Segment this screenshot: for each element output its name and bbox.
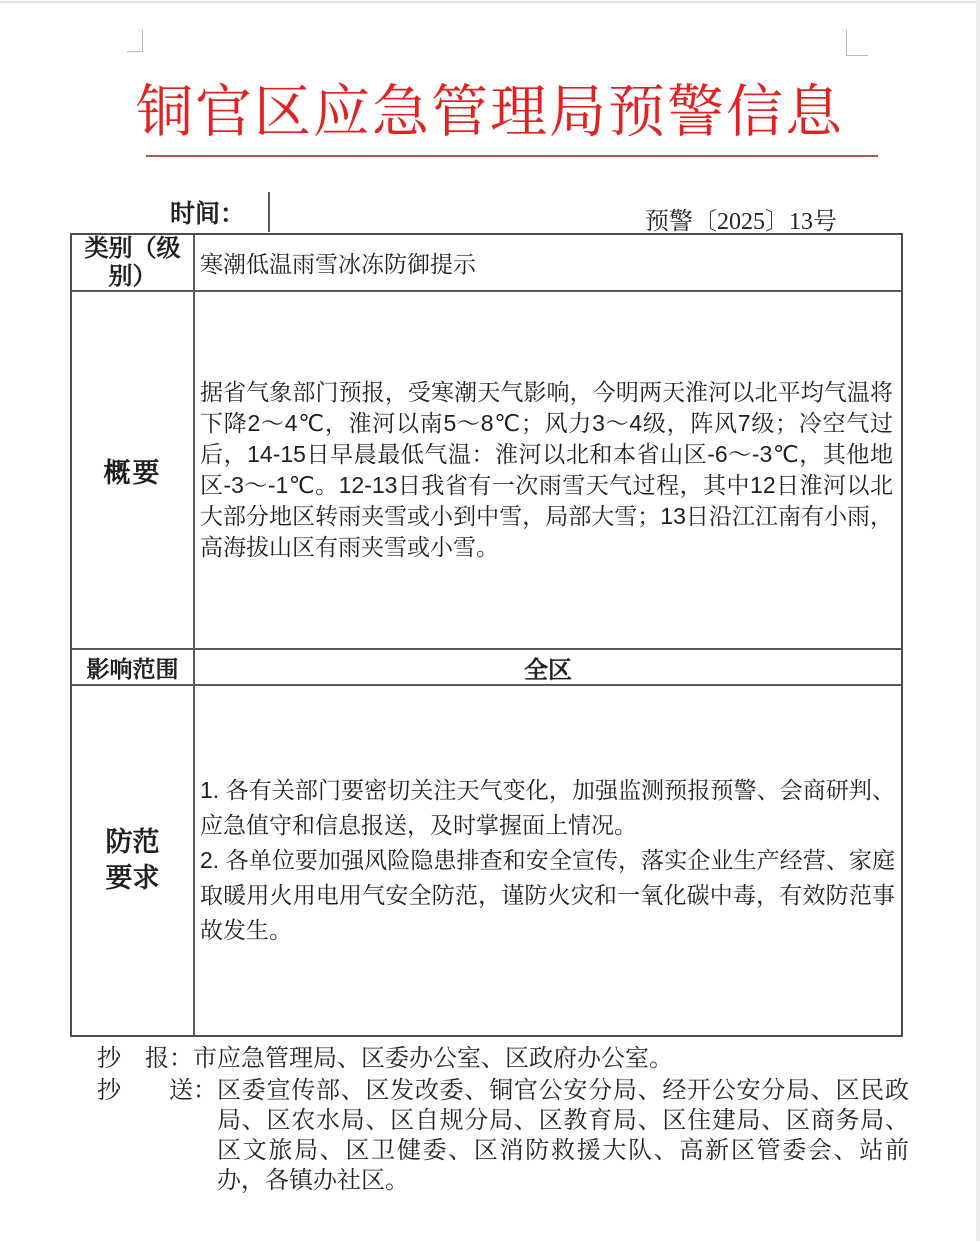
- margin-corner-mark-top-right: [846, 30, 868, 56]
- table-row-summary: 概要 据省气象部门预报，受寒潮天气影响，今明两天淮河以北平均气温将下降2～4℃，…: [72, 292, 901, 650]
- page-right-edge: [976, 0, 980, 1241]
- measures-value: 1. 各有关部门要密切关注天气变化，加强监测预报预警、会商研判、应急值守和信息报…: [195, 686, 901, 1035]
- measures-item-1: 1. 各有关部门要密切关注天气变化，加强监测预报预警、会商研判、应急值守和信息报…: [200, 773, 895, 843]
- scope-label: 影响范围: [72, 650, 195, 684]
- cc-report-value: 市应急管理局、区委办公室、区政府办公室。: [193, 1044, 909, 1074]
- scope-value: 全区: [195, 650, 901, 684]
- title-divider-line: [146, 155, 878, 157]
- margin-corner-mark-top-left: [127, 30, 143, 52]
- warning-notice-document: 铜官区应急管理局预警信息 时间：2025年12月12日15时 预警〔2025〕1…: [0, 0, 980, 1241]
- summary-label: 概要: [72, 292, 195, 648]
- table-row-scope: 影响范围 全区: [72, 650, 901, 686]
- time-label: 时间：: [147, 192, 270, 232]
- warning-details-table: 类别（级别） 寒潮低温雨雪冰冻防御提示 概要 据省气象部门预报，受寒潮天气影响，…: [70, 233, 903, 1037]
- document-number: 预警〔2025〕13号: [645, 201, 837, 236]
- cc-report-label: 抄 报：: [97, 1044, 193, 1074]
- document-title: 铜官区应急管理局预警信息: [70, 66, 910, 148]
- cc-report-row: 抄 报： 市应急管理局、区委办公室、区政府办公室。: [97, 1044, 909, 1074]
- table-row-measures: 防范要求 1. 各有关部门要密切关注天气变化，加强监测预报预警、会商研判、应急值…: [72, 686, 901, 1035]
- page-top-edge: [0, 1, 980, 3]
- summary-value: 据省气象部门预报，受寒潮天气影响，今明两天淮河以北平均气温将下降2～4℃，淮河以…: [195, 292, 901, 648]
- category-label: 类别（级别）: [72, 235, 195, 290]
- measures-item-2: 2. 各单位要加强风险隐患排查和安全宣传，落实企业生产经营、家庭取暖用火用电用气…: [200, 843, 895, 948]
- cc-send-label: 抄 送：: [97, 1076, 217, 1106]
- cc-send-row: 抄 送： 区委宣传部、区发改委、铜官公安分局、经开公安分局、区民政局、区农水局、…: [97, 1076, 909, 1196]
- measures-label-text: 防范要求: [106, 825, 160, 895]
- measures-label: 防范要求: [72, 686, 195, 1035]
- table-row-category: 类别（级别） 寒潮低温雨雪冰冻防御提示: [72, 235, 901, 292]
- carbon-copy-block: 抄 报： 市应急管理局、区委办公室、区政府办公室。 抄 送： 区委宣传部、区发改…: [97, 1044, 909, 1196]
- cc-send-value: 区委宣传部、区发改委、铜官公安分局、经开公安分局、区民政局、区农水局、区自规分局…: [217, 1076, 909, 1196]
- category-value: 寒潮低温雨雪冰冻防御提示: [195, 235, 901, 290]
